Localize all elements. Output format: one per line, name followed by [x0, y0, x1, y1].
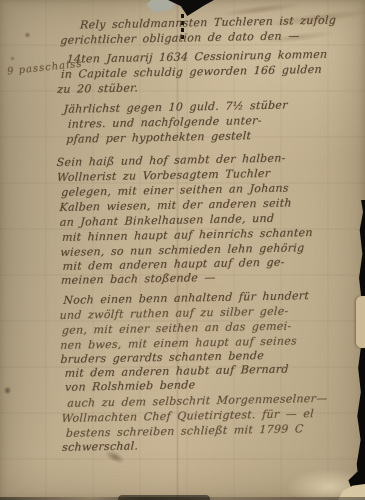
manuscript-line: zu 20 stüber. [57, 81, 139, 97]
ink-speck [4, 386, 11, 395]
manuscript-line: von Rolshmieb bende [65, 378, 196, 395]
manuscript-line: schwerschal. [62, 439, 139, 454]
manuscript-line: meinen bach stoßende — [60, 271, 215, 288]
stain-spot [10, 56, 15, 61]
manuscript-text-block: Rely schuldmannsten Tuchleren ist zufolg… [54, 0, 365, 473]
manuscript-page: 9 passchaiss Rely schuldmannsten Tuchler… [0, 0, 365, 500]
bottom-edge-tear [118, 495, 210, 500]
manuscript-line: pfand per hypothekten gestelt [66, 129, 252, 147]
stain-spot [24, 32, 31, 38]
